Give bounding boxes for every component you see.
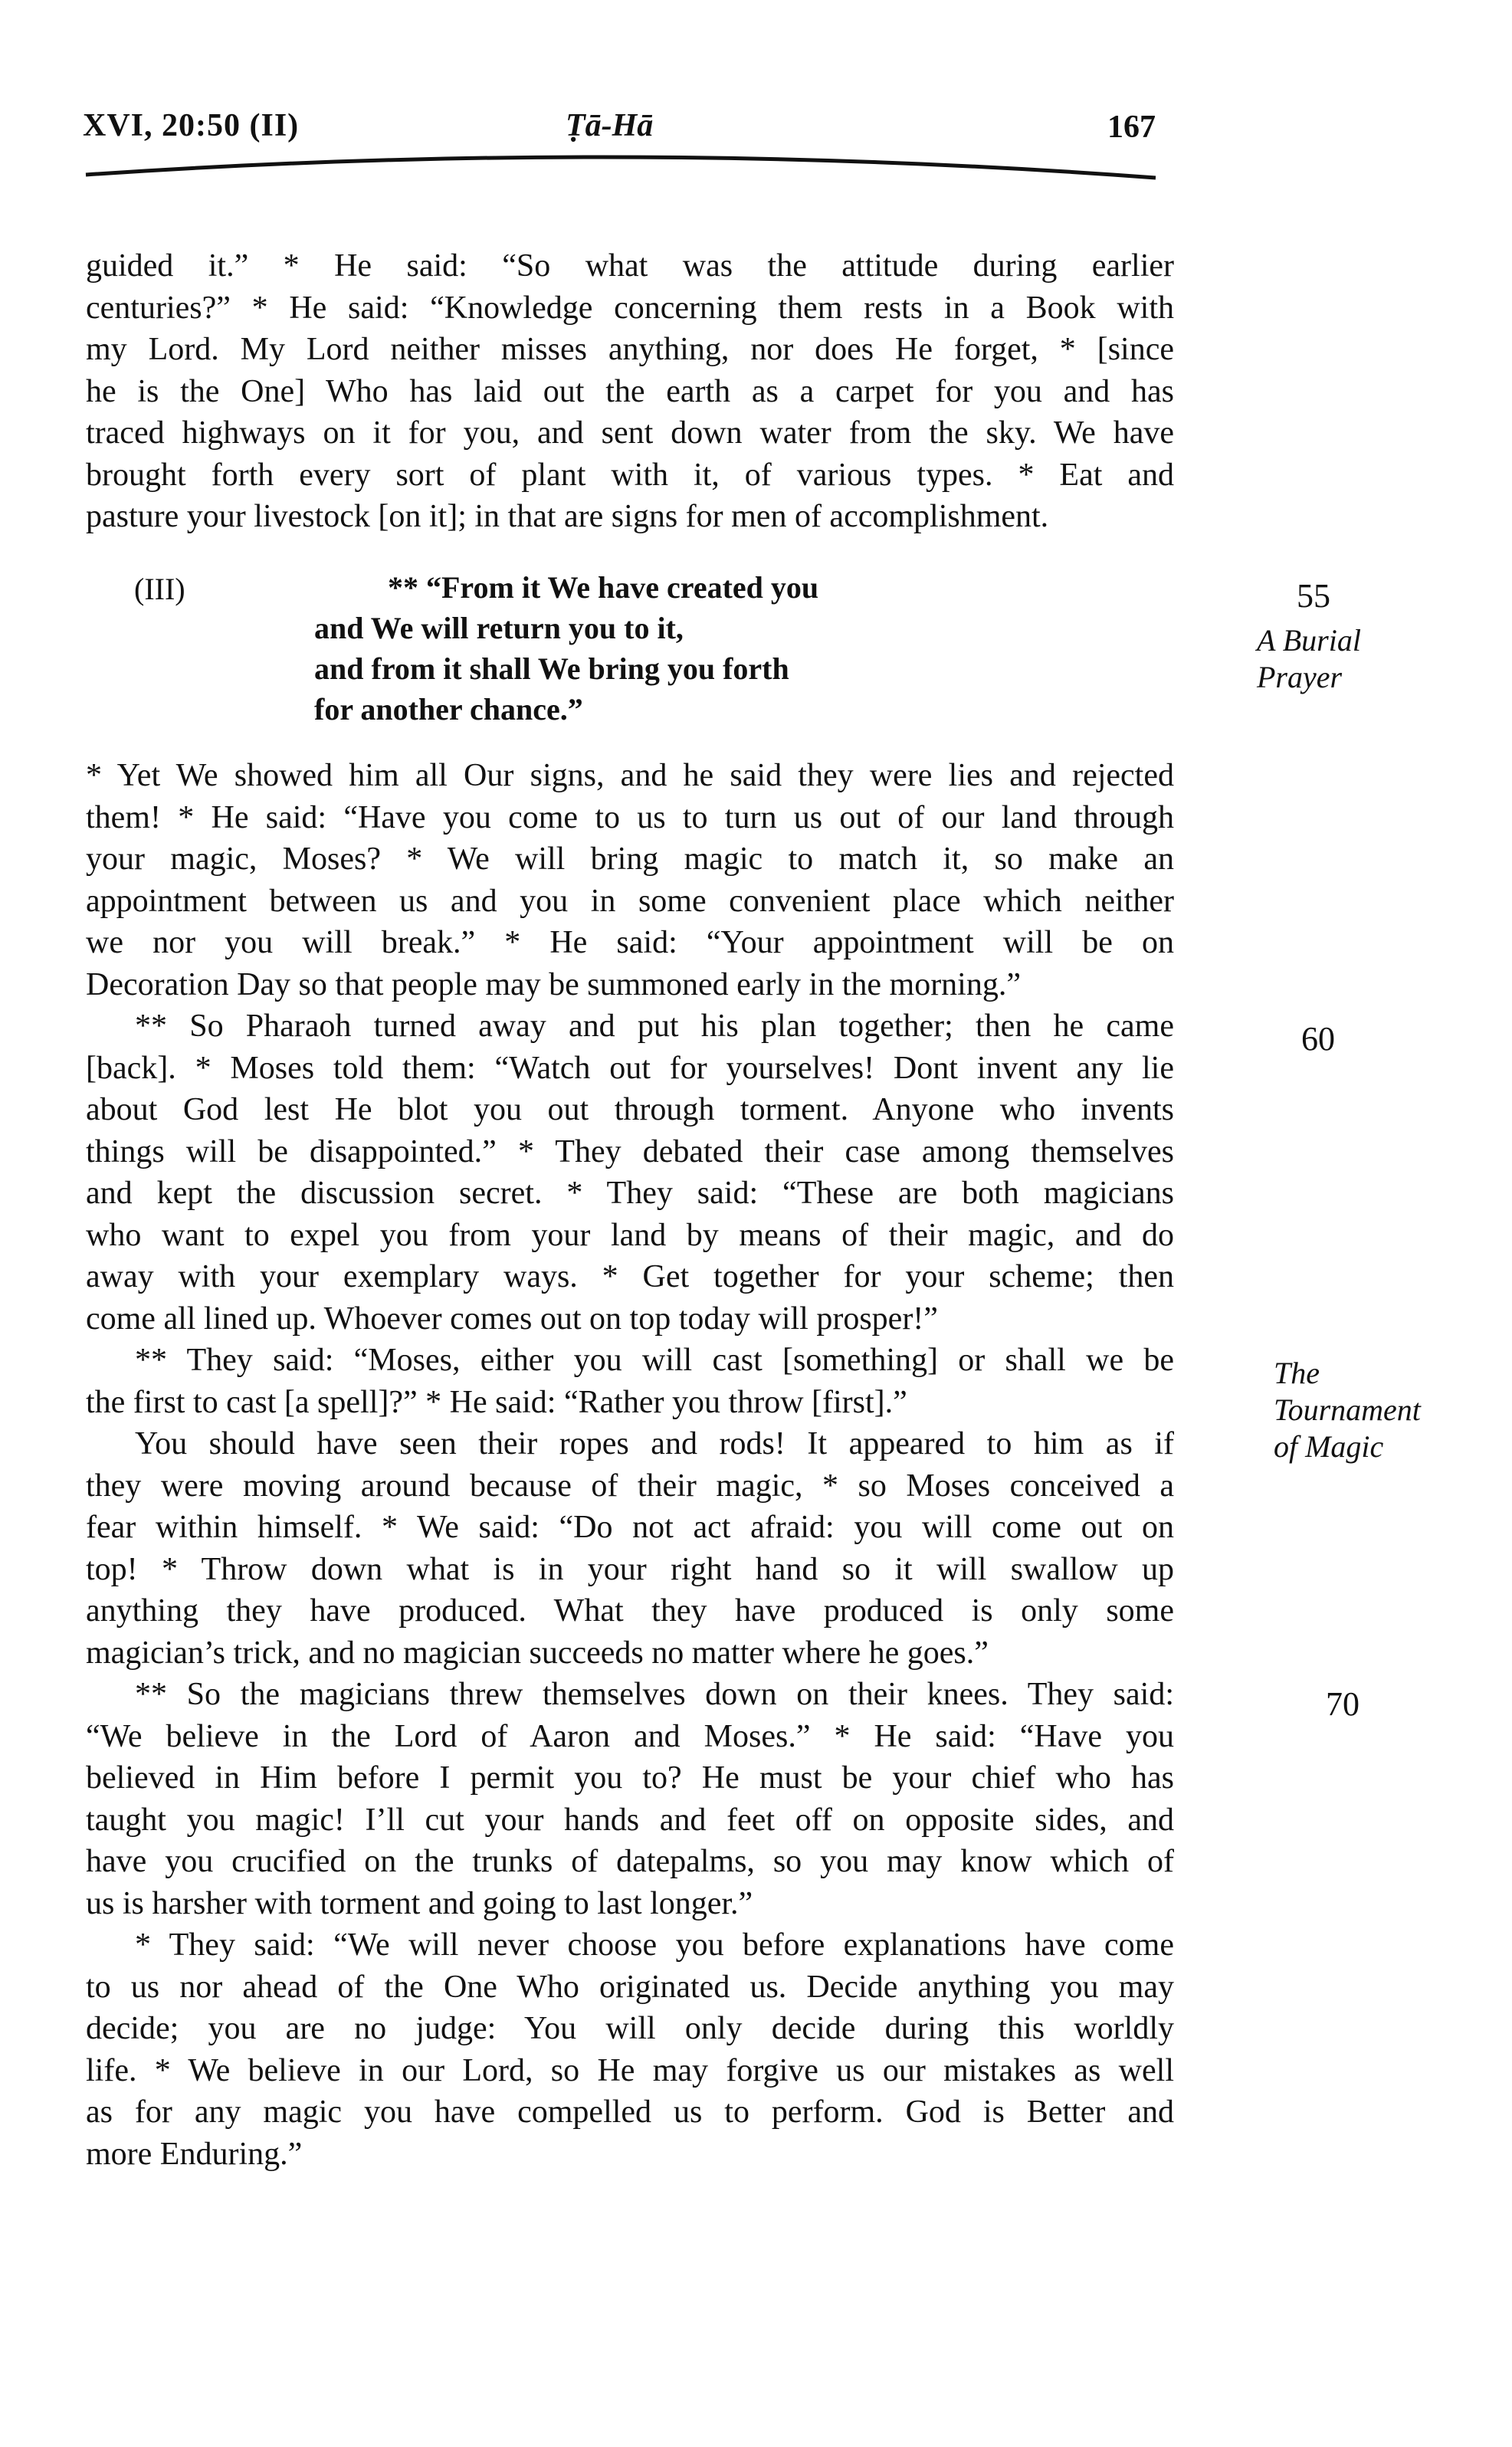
text-line: centuries?” * He said: “Knowledge concer… xyxy=(86,287,1174,330)
text-line: appointment between us and you in some c… xyxy=(86,881,1174,923)
text-line: the first to cast [a spell]?” * He said:… xyxy=(86,1382,1174,1424)
margin-note-line: Prayer xyxy=(1257,659,1361,696)
verse-number-70: 70 xyxy=(1326,1684,1359,1724)
paragraph: guided it.” * He said: “So what was the … xyxy=(86,245,1174,538)
text-line: magician’s trick, and no magician succee… xyxy=(86,1632,1174,1675)
margin-note-burial-prayer: A BurialPrayer xyxy=(1257,622,1361,696)
text-line: away with your exemplary ways. * Get tog… xyxy=(86,1256,1174,1298)
text-line: them! * He said: “Have you come to us to… xyxy=(86,797,1174,839)
verse-line: and from it shall We bring you forth xyxy=(314,648,818,689)
margin-note-tournament-of-magic: TheTournamentof Magic xyxy=(1274,1355,1421,1465)
text-line: anything they have produced. What they h… xyxy=(86,1590,1174,1632)
text-line: my Lord. My Lord neither misses anything… xyxy=(86,329,1174,371)
text-line: Decoration Day so that people may be sum… xyxy=(86,964,1174,1006)
text-line: things will be disappointed.” * They deb… xyxy=(86,1131,1174,1173)
paragraph: ** So the magicians threw themselves dow… xyxy=(86,1674,1174,1924)
text-line: us is harsher with torment and going to … xyxy=(86,1883,1174,1925)
text-line: to us nor ahead of the One Who originate… xyxy=(86,1966,1174,2009)
text-line: taught you magic! I’ll cut your hands an… xyxy=(86,1799,1174,1842)
text-line: * Yet We showed him all Our signs, and h… xyxy=(86,755,1174,797)
quoted-verse: ** “From it We have created youand We wi… xyxy=(314,567,818,730)
verse-line: and We will return you to it, xyxy=(314,608,818,648)
text-line: we nor you will break.” * He said: “Your… xyxy=(86,922,1174,964)
text-line: * They said: “We will never choose you b… xyxy=(86,1924,1174,1966)
text-line: your magic, Moses? * We will bring magic… xyxy=(86,838,1174,881)
text-block-opening: guided it.” * He said: “So what was the … xyxy=(86,245,1174,538)
paragraph: You should have seen their ropes and rod… xyxy=(86,1423,1174,1674)
surah-title: Ṭā-Hā xyxy=(566,107,653,144)
margin-note-line: Tournament xyxy=(1274,1392,1421,1429)
paragraph: * Yet We showed him all Our signs, and h… xyxy=(86,755,1174,1005)
text-line: brought forth every sort of plant with i… xyxy=(86,454,1174,497)
text-line: ** They said: “Moses, either you will ca… xyxy=(86,1340,1174,1382)
text-block-main: * Yet We showed him all Our signs, and h… xyxy=(86,755,1174,2175)
margin-note-line: of Magic xyxy=(1274,1429,1421,1465)
paragraph: ** So Pharaoh turned away and put his pl… xyxy=(86,1005,1174,1340)
verse-number-55: 55 xyxy=(1297,576,1330,615)
text-line: fear within himself. * We said: “Do not … xyxy=(86,1507,1174,1549)
text-line: [back]. * Moses told them: “Watch out fo… xyxy=(86,1048,1174,1090)
text-line: ** So the magicians threw themselves dow… xyxy=(86,1674,1174,1716)
text-line: about God lest He blot you out through t… xyxy=(86,1089,1174,1131)
section-marker: (III) xyxy=(134,571,185,607)
verse-line: ** “From it We have created you xyxy=(314,567,818,608)
header-rule xyxy=(84,146,1157,192)
text-line: top! * Throw down what is in your right … xyxy=(86,1549,1174,1591)
text-line: pasture your livestock [on it]; in that … xyxy=(86,496,1174,538)
text-line: he is the One] Who has laid out the eart… xyxy=(86,371,1174,413)
text-line: have you crucified on the trunks of date… xyxy=(86,1841,1174,1883)
verse-reference: XVI, 20:50 (II) xyxy=(83,107,299,144)
paragraph: * They said: “We will never choose you b… xyxy=(86,1924,1174,2175)
paragraph: ** They said: “Moses, either you will ca… xyxy=(86,1340,1174,1423)
text-line: traced highways on it for you, and sent … xyxy=(86,412,1174,454)
text-line: believed in Him before I permit you to? … xyxy=(86,1757,1174,1799)
text-line: come all lined up. Whoever comes out on … xyxy=(86,1298,1174,1340)
verse-number-60: 60 xyxy=(1301,1019,1335,1058)
text-line: “We believe in the Lord of Aaron and Mos… xyxy=(86,1716,1174,1758)
margin-note-line: The xyxy=(1274,1355,1421,1392)
text-line: as for any magic you have compelled us t… xyxy=(86,2091,1174,2134)
page-number: 167 xyxy=(1107,109,1156,146)
text-line: more Enduring.” xyxy=(86,2134,1174,2176)
text-line: life. * We believe in our Lord, so He ma… xyxy=(86,2050,1174,2092)
margin-note-line: A Burial xyxy=(1257,622,1361,659)
text-line: decide; you are no judge: You will only … xyxy=(86,2008,1174,2050)
text-line: and kept the discussion secret. * They s… xyxy=(86,1173,1174,1215)
text-line: guided it.” * He said: “So what was the … xyxy=(86,245,1174,287)
text-line: they were moving around because of their… xyxy=(86,1465,1174,1507)
verse-line: for another chance.” xyxy=(314,689,818,730)
text-line: who want to expel you from your land by … xyxy=(86,1215,1174,1257)
text-line: ** So Pharaoh turned away and put his pl… xyxy=(86,1005,1174,1048)
text-line: You should have seen their ropes and rod… xyxy=(86,1423,1174,1465)
